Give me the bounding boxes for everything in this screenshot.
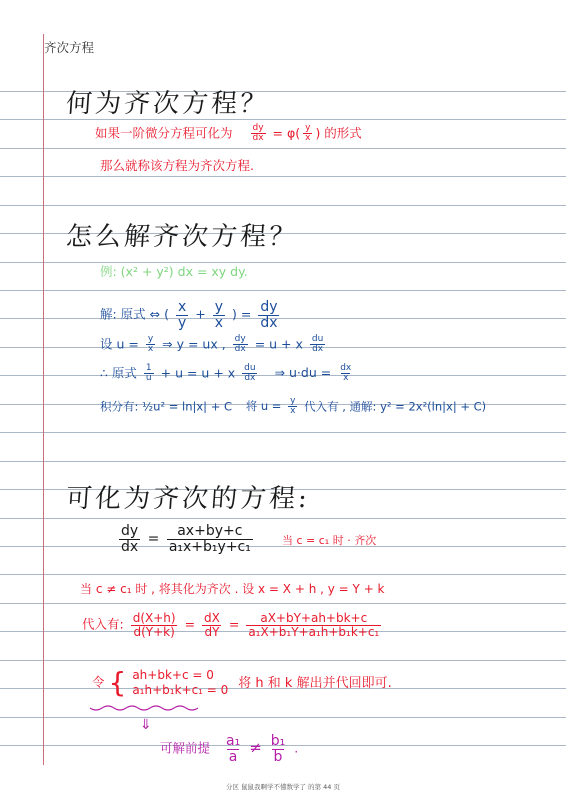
fraction-numerator: dy [119,524,140,539]
ruled-line [0,262,566,263]
ruled-line [0,148,566,149]
step-label: 解: 原式 ⇔ ( [100,307,169,322]
equals-sign: = [229,617,239,632]
equals-sign: ) = [232,307,251,322]
integrated-equation: ½u² = ln|x| + C [142,399,232,413]
solution-step4: 积分有: ½u² = ln|x| + C 将 u = yx 代入有 , 通解: … [100,397,486,417]
system-line-1: ah+bk+c = 0 [132,668,228,683]
margin-line [43,34,44,765]
fraction-numerator: x [176,300,188,315]
fraction-numerator: aX+bY+ah+bk+c [258,612,369,625]
let-label: 令 [92,675,105,690]
fraction-denominator: x [146,344,155,354]
section1-definition-line1: 如果一阶微分方程可化为 dy dx = φ( y x ) 的形式 [95,124,362,144]
fraction: yx [288,397,297,417]
substitute-label: 将 u = [246,399,282,413]
fraction: 1u [144,364,154,384]
step-label: 代入有: [82,617,124,632]
y-over-x-fraction: y x [303,124,312,144]
fraction-denominator: a₁x+b₁y+c₁ [167,539,253,555]
fraction-numerator: y [288,397,297,406]
solve-note: 将 h 和 k 解出并代回即可. [238,676,391,691]
substitution: ⇒ y = ux , [162,336,226,351]
ruled-line [0,518,566,519]
fraction-numerator: dx [338,364,353,373]
fraction-denominator: x [341,373,350,383]
fraction: aX+bY+ah+bk+ca₁X+b₁Y+a₁h+b₁k+c₁ [246,612,381,638]
solvable-premise: 可解前提 a₁a ≠ b₁b . [160,734,298,764]
fraction-denominator: dx [310,344,325,354]
fraction-denominator: dx [119,539,140,555]
ruled-line [0,717,566,718]
brace-icon: { [109,669,127,697]
fraction-denominator: y [176,315,188,331]
fraction: ax+by+ca₁x+b₁y+c₁ [167,524,253,554]
fraction: dxx [338,364,353,384]
fraction-numerator: dy [233,335,248,344]
phi-open: = φ( [273,125,301,140]
fraction-denominator: dx [251,133,266,143]
equation-system: 令 { ah+bk+c = 0 a₁h+b₁k+c₁ = 0 将 h 和 k 解… [92,668,392,698]
fraction: xy [176,300,188,330]
fraction-numerator: dX [202,612,222,625]
substituted-equation: 代入有: d(X+h)d(Y+k) = dXdY = aX+bY+ah+bk+c… [82,612,384,638]
fraction-denominator: d(Y+k) [131,625,176,639]
step-label: ∴ 原式 [100,365,137,380]
ruled-line [0,574,566,575]
system-line-2: a₁h+b₁k+c₁ = 0 [132,683,228,698]
implies-arrow: ⇒ u·du = [275,365,332,380]
definition-prefix: 如果一阶微分方程可化为 [95,125,233,140]
ruled-line [0,176,566,177]
fraction: a₁a [224,734,242,764]
ruled-line [0,205,566,206]
fraction-denominator: u [144,373,154,383]
fraction-numerator: dy [258,300,279,315]
equals-sign: = [148,531,160,547]
fraction: b₁b [269,734,288,764]
fraction-denominator: x [213,315,225,331]
fraction-denominator: dx [258,315,279,331]
fraction: yx [146,335,155,355]
fraction: d(X+h)d(Y+k) [131,612,178,638]
not-equal-sign: ≠ [249,739,262,757]
solution-step1: 解: 原式 ⇔ ( xy + yx ) = dydx [100,300,282,330]
fraction-numerator: du [310,335,325,344]
system-lines: ah+bk+c = 0 a₁h+b₁k+c₁ = 0 [132,668,228,698]
fraction-numerator: 1 [144,364,154,373]
solution-step3: ∴ 原式 1u + u = u + x dudx ⇒ u·du = dxx [100,364,356,384]
fraction-denominator: x [303,133,312,143]
down-arrow-icon: ⇓ [140,718,152,732]
fraction: yx [213,300,225,330]
equals-expression: = u + x [255,336,303,351]
section2-heading: 怎么解齐次方程？ [65,224,299,250]
fraction-denominator: x [288,406,297,416]
step-label: 积分有: [100,399,138,413]
homogeneous-condition-note: 当 c = c₁ 时 · 齐次 [282,535,376,546]
example-equation: 例: (x² + y²) dx = xy dy. [100,266,248,279]
ruled-line [0,318,566,319]
substitution-line: 当 c ≠ c₁ 时 , 将其化为齐次 . 设 x = X + h , y = … [80,583,385,595]
fraction-numerator: du [242,364,257,373]
fraction: dXdY [202,612,222,638]
ruled-line [0,603,566,604]
reducible-equation: dydx = ax+by+ca₁x+b₁y+c₁ [116,524,256,554]
fraction-numerator: d(X+h) [131,612,178,625]
ruled-line [0,290,566,291]
plus-sign: + [195,307,205,322]
section1-heading: 何为齐次方程？ [65,91,270,117]
step-label: 设 u = [100,336,139,351]
page-footer: 分区 鼠鼠我啊学不懂数学了 的第 44 页 [0,782,566,791]
fraction-denominator: a₁X+b₁Y+a₁h+b₁k+c₁ [246,625,381,639]
general-solution: 代入有 , 通解: y² = 2x²(ln|x| + C) [304,399,486,413]
dy-dx-fraction: dy dx [251,124,266,144]
fraction-numerator: a₁ [224,734,242,749]
period: . [294,741,298,756]
fraction-denominator: a [227,749,240,765]
premise-label: 可解前提 [160,741,210,756]
fraction: dudx [242,364,257,384]
fraction: dydx [258,300,279,330]
section1-definition-line2: 那么就称该方程为齐次方程. [100,160,254,173]
fraction-numerator: y [213,300,225,315]
fraction-numerator: dy [251,124,266,133]
fraction: dydx [233,335,248,355]
ruled-line [0,660,566,661]
solution-step2: 设 u = yx ⇒ y = ux , dydx = u + x dudx [100,335,328,355]
fraction: dudx [310,335,325,355]
wavy-underline [88,704,204,714]
fraction-numerator: b₁ [269,734,288,749]
ruled-line [0,432,566,433]
ruled-line [0,461,566,462]
section3-heading: 可化为齐次的方程: [65,486,311,512]
fraction-denominator: dx [233,344,248,354]
page-title: 齐次方程 [44,38,94,56]
definition-suffix: ) 的形式 [315,125,361,140]
fraction: dydx [119,524,140,554]
fraction-denominator: dx [242,373,257,383]
equals-sign: = [185,617,195,632]
fraction-denominator: b [272,749,285,765]
ruled-line [0,119,566,120]
fraction-numerator: ax+by+c [175,524,244,539]
fraction-numerator: y [146,335,155,344]
equation-middle: + u = u + x [161,365,236,380]
notebook-page: 齐次方程 何为齐次方程？ 如果一阶微分方程可化为 dy dx = φ( y x … [0,0,566,800]
fraction-numerator: y [303,124,312,133]
fraction-denominator: dY [202,625,221,639]
